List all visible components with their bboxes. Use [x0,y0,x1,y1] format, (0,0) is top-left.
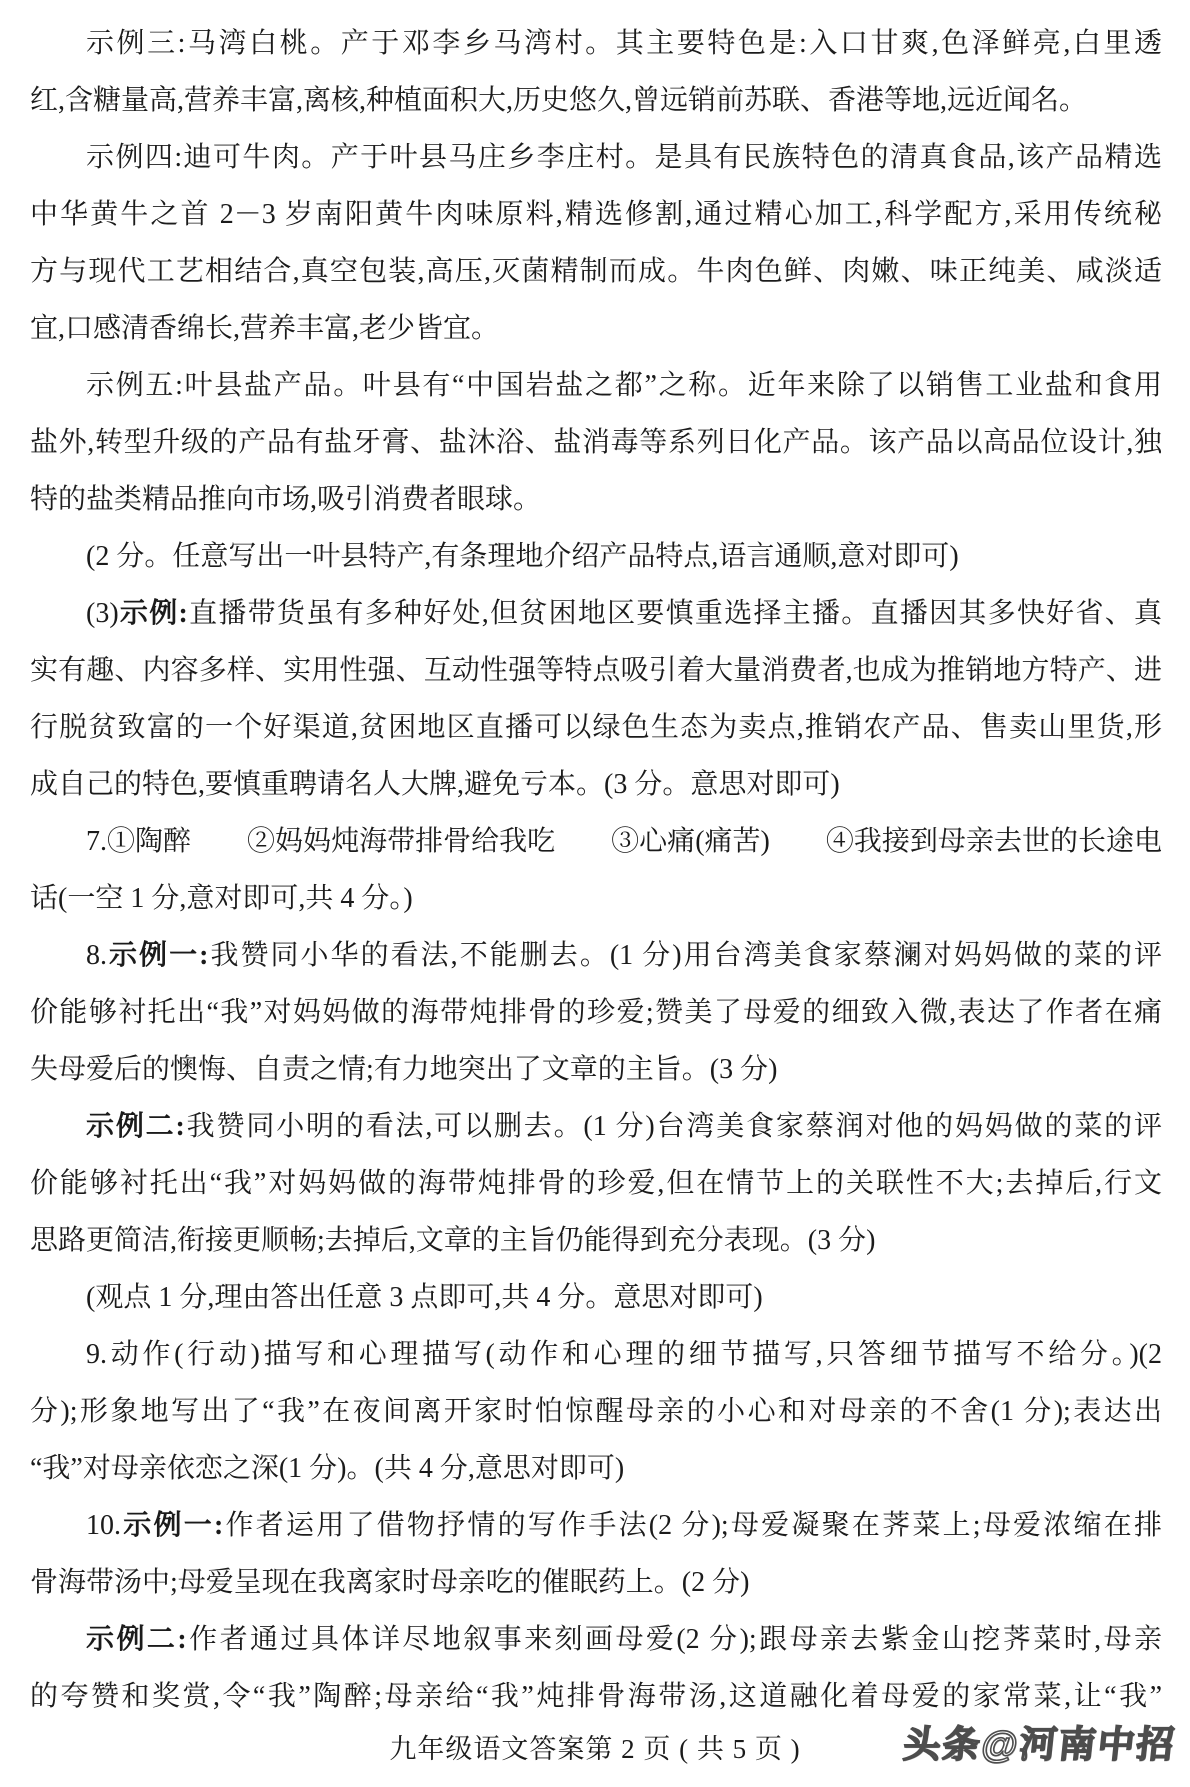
text-line: 失母爱后的懊悔、自责之情;有力地突出了文章的主旨。(3 分) [30,1041,1162,1098]
text-line: 示例二:作者通过具体详尽地叙事来刻画母爱(2 分);跟母亲去紫金山挖荠菜时,母亲 [30,1611,1162,1668]
text-segment: (观点 1 分,理由答出任意 3 点即可,共 4 分。意思对即可) [86,1282,763,1313]
text-line: 红,含糖量高,营养丰富,离核,种植面积大,历史悠久,曾远销前苏联、香港等地,远近… [30,72,1162,129]
text-segment: 示例三:马湾白桃。产于邓李乡马湾村。其主要特色是:入口甘爽,色泽鲜亮,白里透 [86,28,1162,59]
text-segment: 失母爱后的懊悔、自责之情;有力地突出了文章的主旨。(3 分) [30,1054,777,1085]
text-segment: 思路更简洁,衔接更顺畅;去掉后,文章的主旨仍能得到充分表现。(3 分) [30,1225,875,1256]
text-line: 9.动作(行动)描写和心理描写(动作和心理的细节描写,只答细节描写不给分。)(2 [30,1326,1162,1383]
text-segment: 8. [86,940,107,971]
text-line: (观点 1 分,理由答出任意 3 点即可,共 4 分。意思对即可) [30,1269,1162,1326]
text-line: 特的盐类精品推向市场,吸引消费者眼球。 [30,471,1162,528]
bold-label: 示例一: [121,1510,223,1541]
text-line: 价能够衬托出“我”对妈妈做的海带炖排骨的珍爱;赞美了母爱的细致入微,表达了作者在… [30,984,1162,1041]
text-line: (2 分。任意写出一叶县特产,有条理地介绍产品特点,语言通顺,意对即可) [30,528,1162,585]
text-line: 示例二:我赞同小明的看法,可以删去。(1 分)台湾美食家蔡润对他的妈妈做的菜的评 [30,1098,1162,1155]
bold-label: 示例二: [86,1624,187,1655]
text-line: 实有趣、内容多样、实用性强、互动性强等特点吸引着大量消费者,也成为推销地方特产、… [30,642,1162,699]
text-line: 思路更简洁,衔接更顺畅;去掉后,文章的主旨仍能得到充分表现。(3 分) [30,1212,1162,1269]
text-segment: 我赞同小明的看法,可以删去。(1 分)台湾美食家蔡润对他的妈妈做的菜的评 [185,1111,1162,1142]
text-segment: 话(一空 1 分,意对即可,共 4 分。) [30,883,413,914]
text-line: 宜,口感清香绵长,营养丰富,老少皆宜。 [30,300,1162,357]
text-segment: 红,含糖量高,营养丰富,离核,种植面积大,历史悠久,曾远销前苏联、香港等地,远近… [30,85,1087,116]
bold-label: 示例: [119,598,188,629]
page-number-text: 九年级语文答案第 2 页 ( 共 5 页 ) [389,1734,800,1764]
text-line: 成自己的特色,要慎重聘请名人大牌,避免亏本。(3 分。意思对即可) [30,756,1162,813]
text-line: 价能够衬托出“我”对妈妈做的海带炖排骨的珍爱,但在情节上的关联性不大;去掉后,行… [30,1155,1162,1212]
answer-sheet-page: 示例三:马湾白桃。产于邓李乡马湾村。其主要特色是:入口甘爽,色泽鲜亮,白里透红,… [0,0,1190,1787]
text-segment: 的夸赞和奖赏,令“我”陶醉;母亲给“我”炖排骨海带汤,这道融化着母爱的家常菜,让… [30,1681,1162,1712]
text-segment: (3) [86,598,119,629]
text-line: 分);形象地写出了“我”在夜间离开家时怕惊醒母亲的小心和对母亲的不舍(1 分);… [30,1383,1162,1440]
text-line: 8.示例一:我赞同小华的看法,不能删去。(1 分)用台湾美食家蔡澜对妈妈做的菜的… [30,927,1162,984]
text-segment: 直播带货虽有多种好处,但贫困地区要慎重选择主播。直播因其多快好省、真 [188,598,1162,629]
text-line: 示例三:马湾白桃。产于邓李乡马湾村。其主要特色是:入口甘爽,色泽鲜亮,白里透 [30,15,1162,72]
text-segment: (2 分。任意写出一叶县特产,有条理地介绍产品特点,语言通顺,意对即可) [86,541,959,572]
text-line: 行脱贫致富的一个好渠道,贫困地区直播可以绿色生态为卖点,推销农产品、售卖山里货,… [30,699,1162,756]
text-segment: 作者运用了借物抒情的写作手法(2 分);母爱凝聚在荠菜上;母爱浓缩在排 [223,1510,1162,1541]
bold-label: 示例二: [86,1111,185,1142]
text-line: 骨海带汤中;母爱呈现在我离家时母亲吃的催眠药上。(2 分) [30,1554,1162,1611]
text-line: 盐外,转型升级的产品有盐牙膏、盐沐浴、盐消毒等系列日化产品。该产品以高品位设计,… [30,414,1162,471]
text-segment: 9.动作(行动)描写和心理描写(动作和心理的细节描写,只答细节描写不给分。)(2 [86,1339,1162,1370]
text-segment: 价能够衬托出“我”对妈妈做的海带炖排骨的珍爱,但在情节上的关联性不大;去掉后,行… [30,1168,1162,1199]
text-segment: 10. [86,1510,121,1541]
bold-label: 示例一: [107,940,208,971]
text-line: 10.示例一:作者运用了借物抒情的写作手法(2 分);母爱凝聚在荠菜上;母爱浓缩… [30,1497,1162,1554]
text-segment: 示例四:迪可牛肉。产于叶县马庄乡李庄村。是具有民族特色的清真食品,该产品精选 [86,142,1162,173]
text-segment: 行脱贫致富的一个好渠道,贫困地区直播可以绿色生态为卖点,推销农产品、售卖山里货,… [30,712,1162,743]
text-line: 7.①陶醉 ②妈妈炖海带排骨给我吃 ③心痛(痛苦) ④我接到母亲去世的长途电 [30,813,1162,870]
text-segment: 作者通过具体详尽地叙事来刻画母爱(2 分);跟母亲去紫金山挖荠菜时,母亲 [187,1624,1162,1655]
text-segment: 7.①陶醉 ②妈妈炖海带排骨给我吃 ③心痛(痛苦) ④我接到母亲去世的长途电 [86,826,1162,857]
text-segment: 示例五:叶县盐产品。叶县有“中国岩盐之都”之称。近年来除了以销售工业盐和食用 [86,370,1162,401]
text-line: 话(一空 1 分,意对即可,共 4 分。) [30,870,1162,927]
text-line: (3)示例:直播带货虽有多种好处,但贫困地区要慎重选择主播。直播因其多快好省、真 [30,585,1162,642]
text-line: “我”对母亲依恋之深(1 分)。(共 4 分,意思对即可) [30,1440,1162,1497]
text-segment: “我”对母亲依恋之深(1 分)。(共 4 分,意思对即可) [30,1453,624,1484]
text-segment: 宜,口感清香绵长,营养丰富,老少皆宜。 [30,313,499,344]
text-segment: 盐外,转型升级的产品有盐牙膏、盐沐浴、盐消毒等系列日化产品。该产品以高品位设计,… [30,427,1162,458]
text-segment: 方与现代工艺相结合,真空包装,高压,灭菌精制而成。牛肉色鲜、肉嫩、味正纯美、咸淡… [30,256,1162,287]
text-line: 示例四:迪可牛肉。产于叶县马庄乡李庄村。是具有民族特色的清真食品,该产品精选 [30,129,1162,186]
text-line: 方与现代工艺相结合,真空包装,高压,灭菌精制而成。牛肉色鲜、肉嫩、味正纯美、咸淡… [30,243,1162,300]
watermark: 头条@河南中招 [901,1714,1179,1768]
text-segment: 特的盐类精品推向市场,吸引消费者眼球。 [30,484,541,515]
text-line: 示例五:叶县盐产品。叶县有“中国岩盐之都”之称。近年来除了以销售工业盐和食用 [30,357,1162,414]
text-line: 中华黄牛之首 2－3 岁南阳黄牛肉味原料,精选修割,通过精心加工,科学配方,采用… [30,186,1162,243]
text-segment: 骨海带汤中;母爱呈现在我离家时母亲吃的催眠药上。(2 分) [30,1567,749,1598]
text-segment: 分);形象地写出了“我”在夜间离开家时怕惊醒母亲的小心和对母亲的不舍(1 分);… [30,1396,1162,1427]
text-segment: 价能够衬托出“我”对妈妈做的海带炖排骨的珍爱;赞美了母爱的细致入微,表达了作者在… [30,997,1162,1028]
text-segment: 实有趣、内容多样、实用性强、互动性强等特点吸引着大量消费者,也成为推销地方特产、… [30,655,1162,686]
answer-text-block: 示例三:马湾白桃。产于邓李乡马湾村。其主要特色是:入口甘爽,色泽鲜亮,白里透红,… [30,15,1162,1725]
text-segment: 中华黄牛之首 2－3 岁南阳黄牛肉味原料,精选修割,通过精心加工,科学配方,采用… [30,199,1162,230]
watermark-text: 头条@河南中招 [901,1724,1177,1765]
text-segment: 成自己的特色,要慎重聘请名人大牌,避免亏本。(3 分。意思对即可) [30,769,840,800]
text-segment: 我赞同小华的看法,不能删去。(1 分)用台湾美食家蔡澜对妈妈做的菜的评 [208,940,1162,971]
